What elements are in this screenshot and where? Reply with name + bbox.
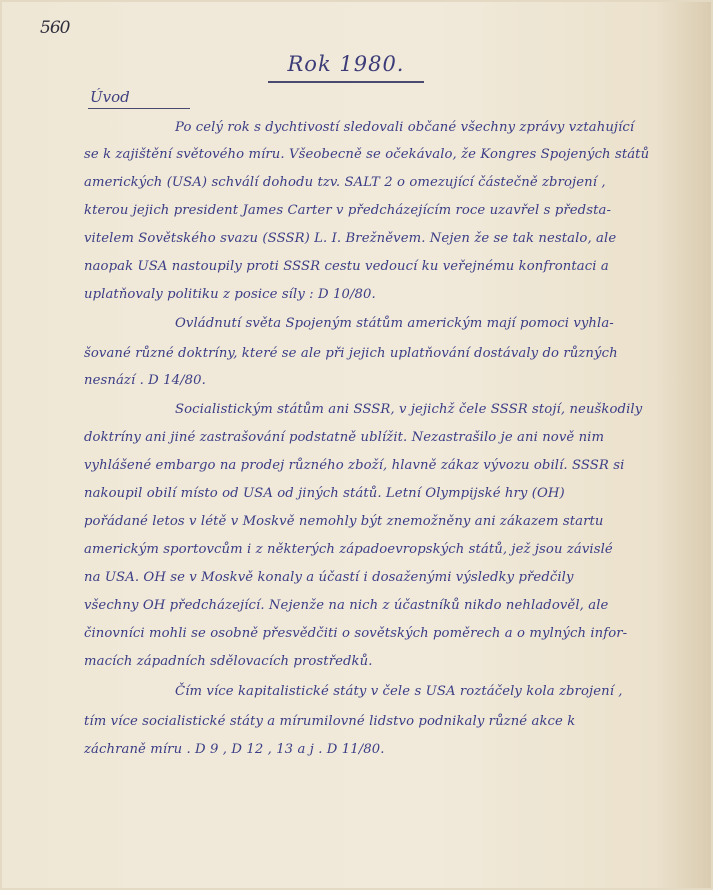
handwritten-line: vyhlášené embargo na prodej různého zbož… <box>84 458 624 473</box>
handwritten-line: americkým sportovcům i z některých západ… <box>84 542 613 557</box>
handwritten-line: uplatňovaly politiku z posice síly : D 1… <box>84 287 376 302</box>
handwritten-line: amerických (USA) schválí dohodu tzv. SAL… <box>84 175 606 190</box>
handwritten-line: šované různé doktríny, které se ale při … <box>84 346 618 361</box>
page-number: 560 <box>40 18 69 38</box>
handwritten-line: Socialistickým státům ani SSSR, v jejich… <box>175 402 642 417</box>
handwritten-line: naopak USA nastoupily proti SSSR cestu v… <box>84 259 609 274</box>
handwritten-line: činovníci mohli se osobně přesvědčiti o … <box>84 626 627 641</box>
handwritten-line: se k zajištění světového míru. Všeobecně… <box>84 147 649 162</box>
title-underline <box>268 81 424 83</box>
handwritten-line: macích západních sdělovacích prostředků. <box>84 654 373 669</box>
handwritten-line: tím více socialistické státy a mírumilov… <box>84 714 575 729</box>
handwritten-line: doktríny ani jiné zastrašování podstatně… <box>84 430 604 445</box>
handwritten-line: na USA. OH se v Moskvě konaly a účastí i… <box>84 570 574 585</box>
section-underline <box>88 108 190 109</box>
handwritten-line: záchraně míru . D 9 , D 12 , 13 a j . D … <box>84 742 385 757</box>
handwritten-line: vitelem Sovětského svazu (SSSR) L. I. Br… <box>84 231 616 246</box>
handwritten-line: pořádané letos v létě v Moskvě nemohly b… <box>84 514 603 529</box>
handwritten-page: 560 Rok 1980. Úvod Po celý rok s dychtiv… <box>0 0 713 890</box>
handwritten-line: nesnází . D 14/80. <box>84 373 206 388</box>
handwritten-line: všechny OH předcházející. Nejenže na nic… <box>84 598 608 613</box>
handwritten-line: Čím více kapitalistické státy v čele s U… <box>175 684 623 699</box>
section-heading: Úvod <box>90 88 130 106</box>
handwritten-line: Po celý rok s dychtivostí sledovali obča… <box>175 120 634 135</box>
page-title: Rok 1980. <box>268 52 424 76</box>
handwritten-line: nakoupil obilí místo od USA od jiných st… <box>84 486 565 501</box>
handwritten-line: kterou jejich president James Carter v p… <box>84 203 611 218</box>
handwritten-line: Ovládnutí světa Spojeným státům americký… <box>175 316 614 331</box>
